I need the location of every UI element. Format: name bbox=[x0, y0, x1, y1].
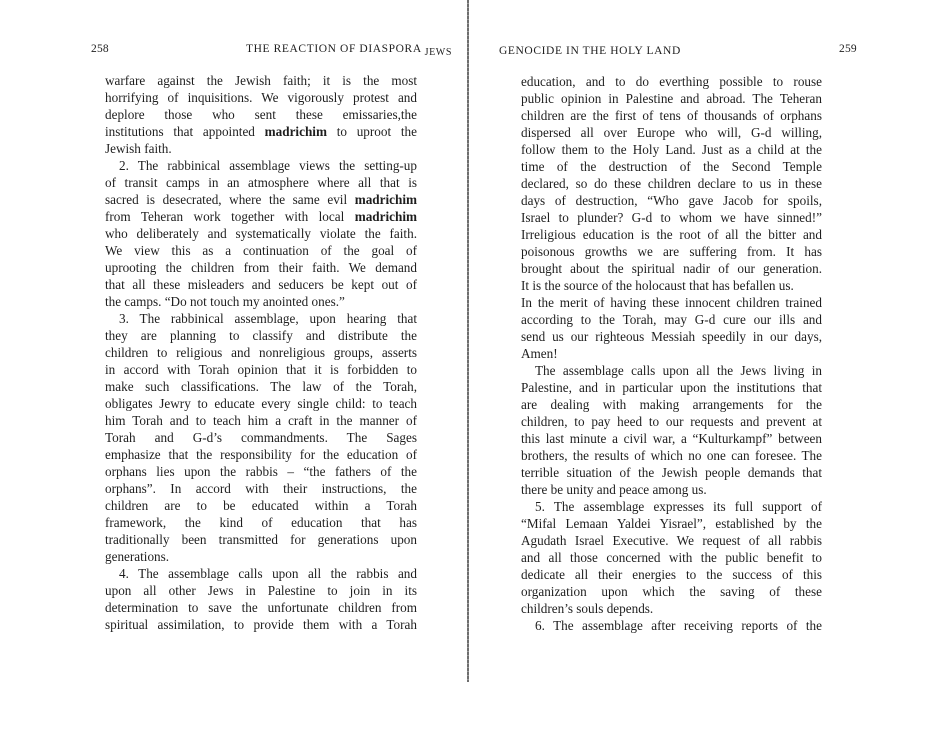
bold-term: madrichim bbox=[265, 124, 327, 139]
text-line: emphasize that the responsibility for th… bbox=[105, 446, 417, 463]
text-line: We view this as a continuation of the go… bbox=[105, 242, 417, 259]
running-head-tail: JEWS bbox=[425, 47, 452, 58]
running-head: THE REACTION OF DIASPORA JEWS bbox=[246, 43, 452, 55]
text-line: send us our righteous Messiah speedily i… bbox=[521, 328, 822, 345]
text-line: brothers, the results of which no one ca… bbox=[521, 447, 822, 464]
text-line: time of the destruction of the Second Te… bbox=[521, 158, 822, 175]
text-line: Agudath Israel Executive. We request of … bbox=[521, 532, 822, 549]
text-line: warfare against the Jewish faith; it is … bbox=[105, 72, 417, 89]
text-line: sacred is desecrated, where the same evi… bbox=[105, 191, 417, 208]
text-run: to uproot the bbox=[327, 124, 417, 139]
text-line: upon all other Jews in Palestine to join… bbox=[105, 582, 417, 599]
text-line: Torah and G-d’s commandments. The Sages bbox=[105, 429, 417, 446]
text-line: there be unity and peace among us. bbox=[521, 481, 822, 498]
text-line: horrifying of inquisitions. We vigorousl… bbox=[105, 89, 417, 106]
text-line: they are planning to classify and distri… bbox=[105, 327, 417, 344]
text-run: sacred is desecrated, where the same evi… bbox=[105, 192, 355, 207]
body-text: education, and to do everthing possible … bbox=[521, 73, 822, 634]
text-line: education, and to do everthing possible … bbox=[521, 73, 822, 90]
text-line: are dealing with making arrangements for… bbox=[521, 396, 822, 413]
text-line: children to religious and nonreligious g… bbox=[105, 344, 417, 361]
book-spread: 258 THE REACTION OF DIASPORA JEWS warfar… bbox=[0, 0, 938, 732]
text-line: terrible situation of the Jewish people … bbox=[521, 464, 822, 481]
text-line: organization upon which the saving of th… bbox=[521, 583, 822, 600]
text-line: according to the Torah, may G-d cure our… bbox=[521, 311, 822, 328]
text-line: “Mifal Lemaan Yaldei Yisrael”, establish… bbox=[521, 515, 822, 532]
text-line: orphans lies upon the rabbis – “the fath… bbox=[105, 463, 417, 480]
text-line: this last minute a civil war, a “Kulturk… bbox=[521, 430, 822, 447]
text-run: institutions that appointed bbox=[105, 124, 265, 139]
book-gutter bbox=[467, 0, 469, 682]
text-line: 2. The rabbinical assemblage views the s… bbox=[105, 157, 417, 174]
text-line: from Teheran work together with local ma… bbox=[105, 208, 417, 225]
text-line: and all those concerned with the public … bbox=[521, 549, 822, 566]
text-line: determination to save the unfortunate ch… bbox=[105, 599, 417, 616]
text-line: institutions that appointed madrichim to… bbox=[105, 123, 417, 140]
text-line: Irreligious education is the root of all… bbox=[521, 226, 822, 243]
text-line: obligates Jewry to educate every single … bbox=[105, 395, 417, 412]
text-line: In the merit of having these innocent ch… bbox=[521, 294, 822, 311]
running-head-text: THE REACTION OF DIASPORA bbox=[246, 43, 421, 55]
text-line: children are the first of tens of thousa… bbox=[521, 107, 822, 124]
text-line: children, to pay heed to our requests an… bbox=[521, 413, 822, 430]
text-line: The assemblage calls upon all the Jews l… bbox=[521, 362, 822, 379]
text-line: 6. The assemblage after receiving report… bbox=[521, 617, 822, 634]
text-line: 3. The rabbinical assemblage, upon heari… bbox=[105, 310, 417, 327]
text-line: 4. The assemblage calls upon all the rab… bbox=[105, 565, 417, 582]
page-number: 258 bbox=[91, 43, 109, 55]
text-line: spiritual assimilation, to provide them … bbox=[105, 616, 417, 633]
text-line: uprooting the children from their faith.… bbox=[105, 259, 417, 276]
text-line: in accord with Torah opinion that it is … bbox=[105, 361, 417, 378]
text-run: from Teheran work together with local bbox=[105, 209, 355, 224]
text-line: who deliberately and systematically viol… bbox=[105, 225, 417, 242]
text-line: of transit camps in an atmosphere where … bbox=[105, 174, 417, 191]
text-line: generations. bbox=[105, 548, 417, 565]
text-line: children’s souls depends. bbox=[521, 600, 822, 617]
text-line: make such classifications. The law of th… bbox=[105, 378, 417, 395]
text-line: 5. The assemblage expresses its full sup… bbox=[521, 498, 822, 515]
text-line: the camps. “Do not touch my anointed one… bbox=[105, 293, 417, 310]
text-line: Jewish faith. bbox=[105, 140, 417, 157]
text-line: poisonous growths we are suffering from.… bbox=[521, 243, 822, 260]
text-line: public opinion in Palestine and abroad. … bbox=[521, 90, 822, 107]
body-text: warfare against the Jewish faith; it is … bbox=[105, 72, 417, 633]
bold-term: madrichim bbox=[355, 192, 417, 207]
text-line: traditionally been transmitted for gener… bbox=[105, 531, 417, 548]
page-number: 259 bbox=[839, 43, 857, 55]
text-line: It is the source of the holocaust that h… bbox=[521, 277, 822, 294]
text-line: days of destruction, “Who gave Jacob for… bbox=[521, 192, 822, 209]
text-line: dedicate all their energies to the succe… bbox=[521, 566, 822, 583]
text-line: that all these misleaders and seducers b… bbox=[105, 276, 417, 293]
text-line: orphans”. In accord with their instructi… bbox=[105, 480, 417, 497]
text-line: him Torah and to teach him a craft in th… bbox=[105, 412, 417, 429]
text-line: declared, so do these children declare t… bbox=[521, 175, 822, 192]
text-line: Palestine, and in particular upon the in… bbox=[521, 379, 822, 396]
text-line: Israel to plunder? G-d to whom we have s… bbox=[521, 209, 822, 226]
running-head: GENOCIDE IN THE HOLY LAND bbox=[499, 45, 681, 57]
text-line: framework, the kind of education that ha… bbox=[105, 514, 417, 531]
text-line: dispersed all over Europe who will, G-d … bbox=[521, 124, 822, 141]
text-line: follow them to the Holy Land. Just as a … bbox=[521, 141, 822, 158]
text-line: children are to be educated within a Tor… bbox=[105, 497, 417, 514]
bold-term: madrichim bbox=[355, 209, 417, 224]
text-line: brought about the spiritual nadir of our… bbox=[521, 260, 822, 277]
text-line: Amen! bbox=[521, 345, 822, 362]
text-line: deplore those who sent these emissaries,… bbox=[105, 106, 417, 123]
